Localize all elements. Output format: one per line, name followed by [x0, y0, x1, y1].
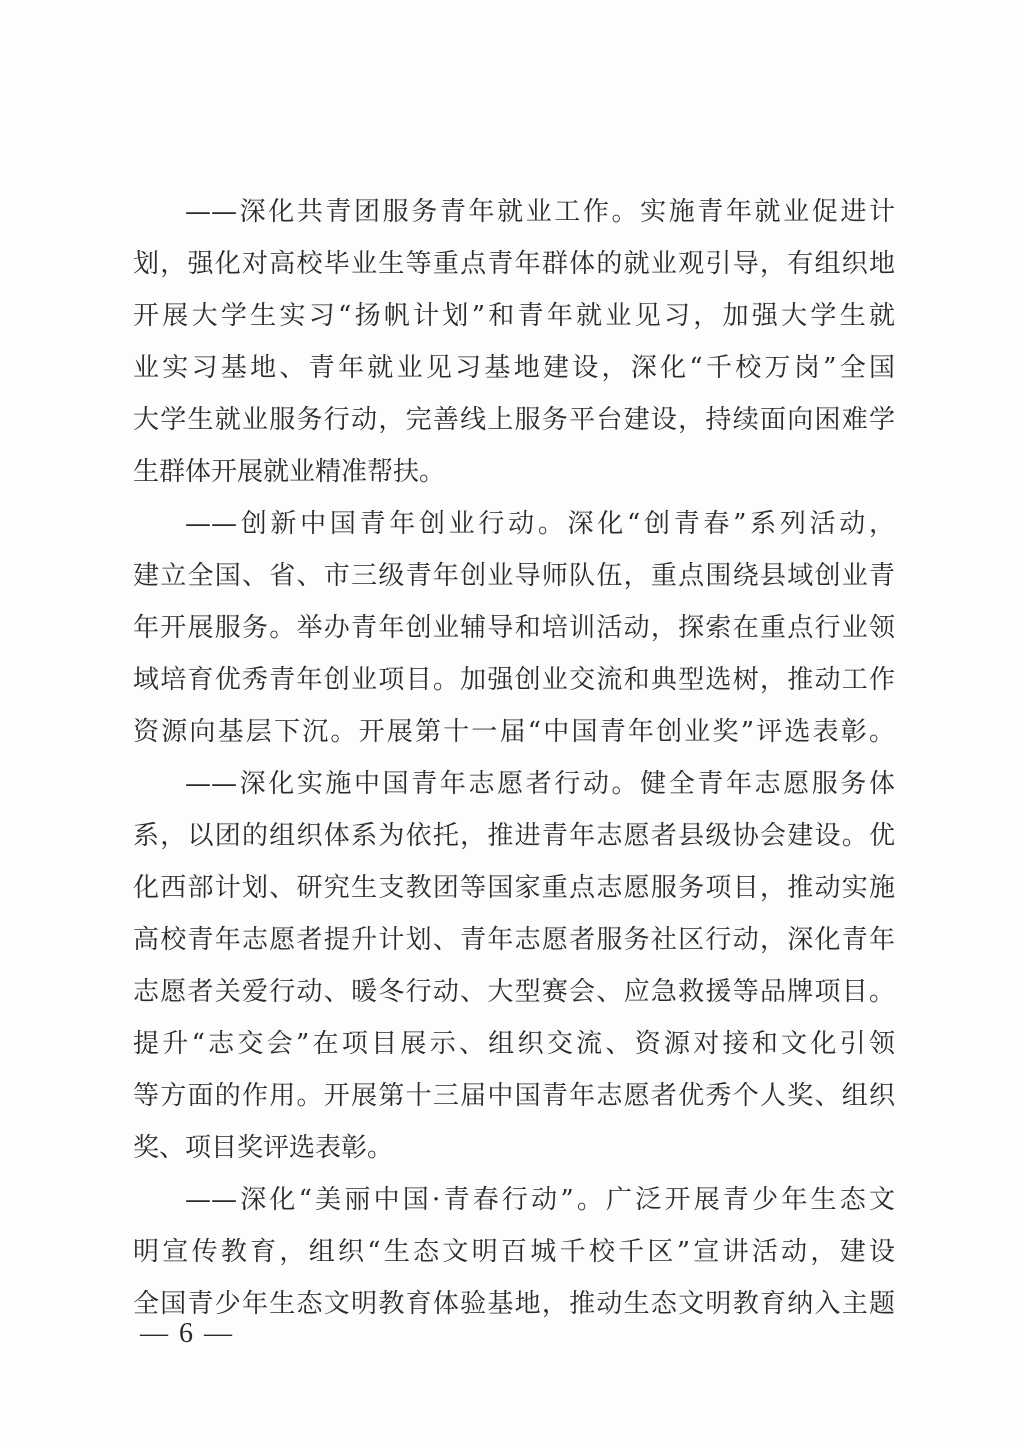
paragraph-beautiful-china: ——深化“美丽中国·青春行动”。广泛开展青少年生态文 明宣传教育，组织“生态文明…	[133, 1174, 895, 1330]
paragraph-youth-employment: ——深化共青团服务青年就业工作。实施青年就业促进计 划，强化对高校毕业生等重点青…	[133, 186, 895, 498]
text-line: 大学生就业服务行动，完善线上服务平台建设，持续面向困难学	[133, 394, 895, 446]
text-line: 志愿者关爱行动、暖冬行动、大型赛会、应急救援等品牌项目。	[133, 966, 895, 1018]
text-line: 资源向基层下沉。开展第十一届“中国青年创业奖”评选表彰。	[133, 706, 895, 758]
text-line: 奖、项目奖评选表彰。	[133, 1122, 895, 1174]
text-line: 高校青年志愿者提升计划、青年志愿者服务社区行动，深化青年	[133, 914, 895, 966]
text-line: ——深化共青团服务青年就业工作。实施青年就业促进计	[133, 186, 895, 238]
paragraph-youth-entrepreneurship: ——创新中国青年创业行动。深化“创青春”系列活动， 建立全国、省、市三级青年创业…	[133, 498, 895, 758]
text-line: 开展大学生实习“扬帆计划”和青年就业见习，加强大学生就	[133, 290, 895, 342]
document-body: ——深化共青团服务青年就业工作。实施青年就业促进计 划，强化对高校毕业生等重点青…	[133, 186, 895, 1330]
paragraph-youth-volunteers: ——深化实施中国青年志愿者行动。健全青年志愿服务体 系，以团的组织体系为依托，推…	[133, 758, 895, 1174]
text-line: 生群体开展就业精准帮扶。	[133, 446, 895, 498]
text-line: 全国青少年生态文明教育体验基地，推动生态文明教育纳入主题	[133, 1278, 895, 1330]
text-line: 明宣传教育，组织“生态文明百城千校千区”宣讲活动，建设	[133, 1226, 895, 1278]
text-line: ——深化实施中国青年志愿者行动。健全青年志愿服务体	[133, 758, 895, 810]
text-line: ——创新中国青年创业行动。深化“创青春”系列活动，	[133, 498, 895, 550]
text-line: 域培育优秀青年创业项目。加强创业交流和典型选树，推动工作	[133, 654, 895, 706]
text-line: ——深化“美丽中国·青春行动”。广泛开展青少年生态文	[133, 1174, 895, 1226]
text-line: 划，强化对高校毕业生等重点青年群体的就业观引导，有组织地	[133, 238, 895, 290]
text-line: 提升“志交会”在项目展示、组织交流、资源对接和文化引领	[133, 1018, 895, 1070]
page-number: — 6 —	[140, 1318, 234, 1350]
text-line: 年开展服务。举办青年创业辅导和培训活动，探索在重点行业领	[133, 602, 895, 654]
text-line: 化西部计划、研究生支教团等国家重点志愿服务项目，推动实施	[133, 862, 895, 914]
text-line: 建立全国、省、市三级青年创业导师队伍，重点围绕县域创业青	[133, 550, 895, 602]
document-page: ——深化共青团服务青年就业工作。实施青年就业促进计 划，强化对高校毕业生等重点青…	[0, 0, 1024, 1448]
text-line: 等方面的作用。开展第十三届中国青年志愿者优秀个人奖、组织	[133, 1070, 895, 1122]
text-line: 业实习基地、青年就业见习基地建设，深化“千校万岗”全国	[133, 342, 895, 394]
text-line: 系，以团的组织体系为依托，推进青年志愿者县级协会建设。优	[133, 810, 895, 862]
